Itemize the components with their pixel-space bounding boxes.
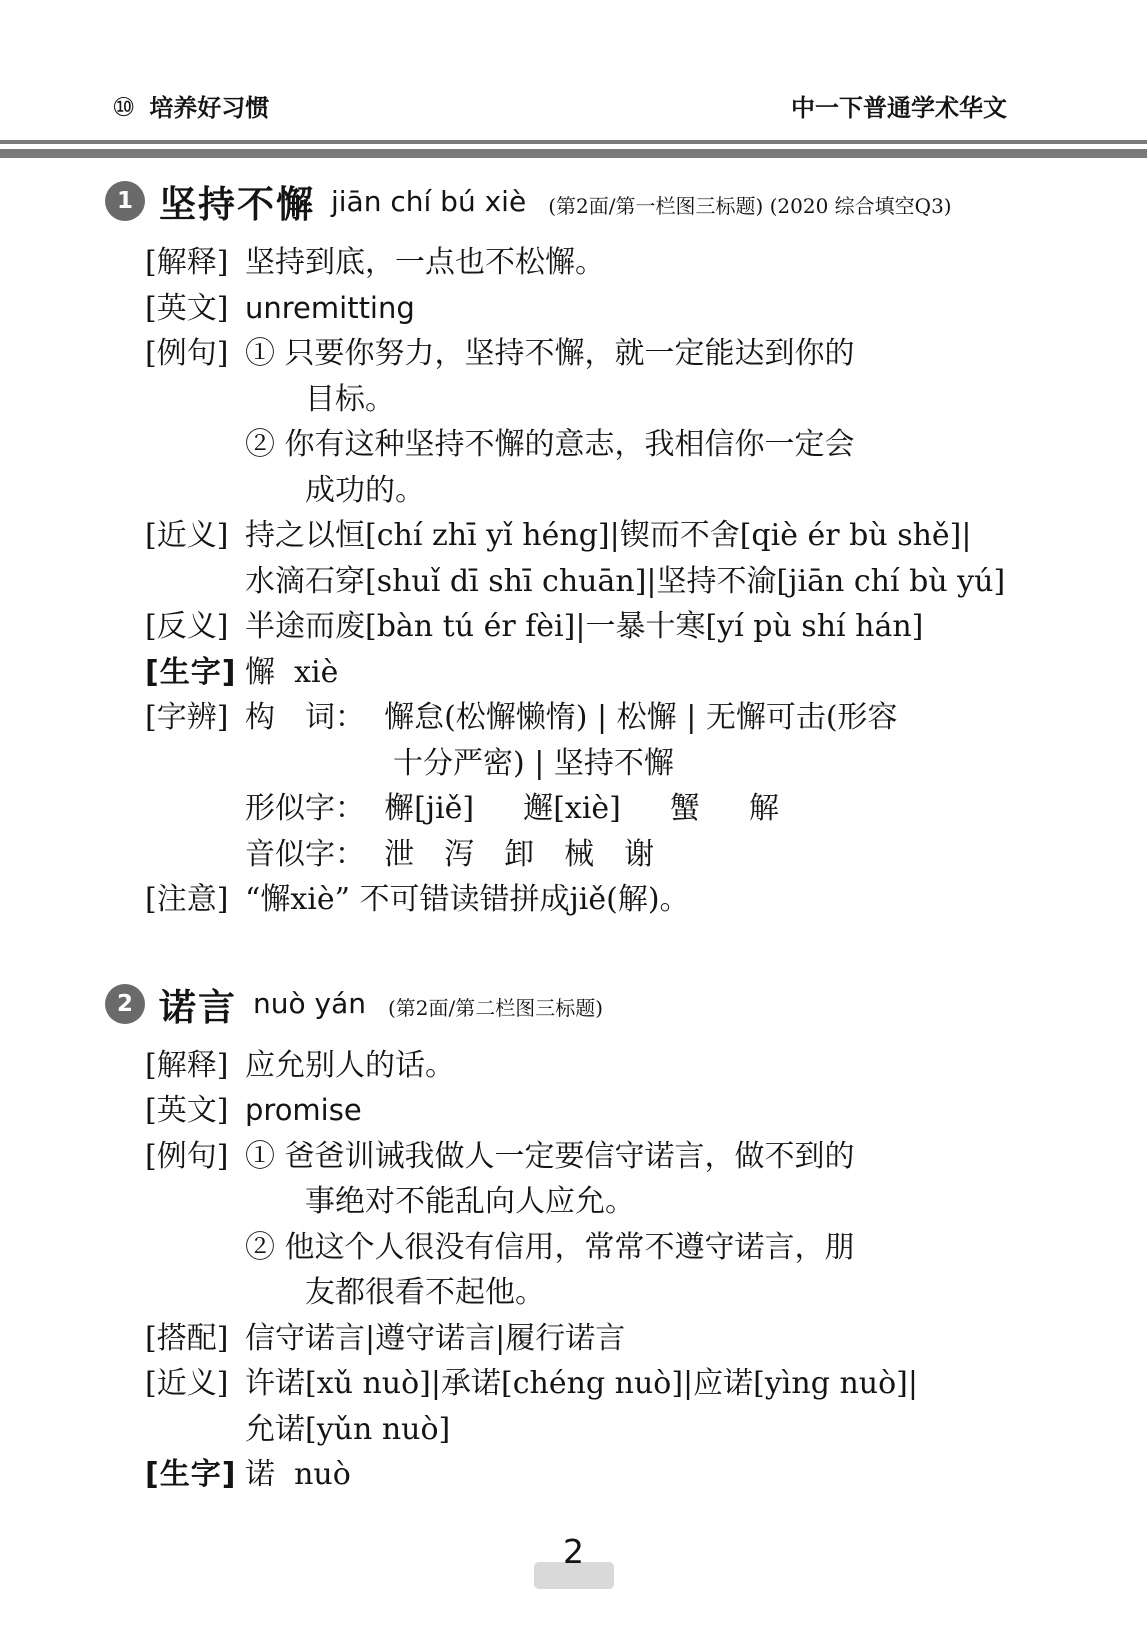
entry-body: [解释]坚持到底，一点也不松懈。[英文]unremitting[例句]① 只要你… (105, 240, 1057, 923)
field-label: [例句] (145, 1134, 228, 1180)
field-label: [注意] (145, 877, 228, 923)
field-label: [近义] (145, 513, 228, 559)
field-text: ② 他这个人很没有信用，常常不遵守诺言，朋 (245, 1230, 855, 1265)
header-rule-thick (0, 149, 1147, 158)
field-text: ① 只要你努力，坚持不懈，就一定能达到你的 (245, 336, 855, 371)
entry-line: [例句]① 爸爸训诫我做人一定要信守诺言，做不到的 (105, 1134, 1057, 1180)
field-label: [搭配] (145, 1316, 228, 1362)
field-text: “懈xiè” 不可错读错拼成jiě(解)。 (245, 882, 690, 917)
entry-source-note: (第2面/第一栏图三标题) (2020 综合填空Q3) (548, 184, 951, 219)
field-text: 诺 nuò (245, 1457, 351, 1492)
entry-line: ② 你有这种坚持不懈的意志，我相信你一定会 (105, 422, 1057, 468)
page-content: 1 坚持不懈 jiān chí bú xiè (第2面/第一栏图三标题) (20… (0, 174, 1147, 1498)
field-label: [近义] (145, 1361, 228, 1407)
entry-term: 坚持不懈 (159, 174, 315, 228)
chapter-number: ⑩ (112, 93, 135, 123)
entry-line: [生字]诺 nuò (105, 1452, 1057, 1498)
field-text: unremitting (245, 291, 415, 325)
entry-line: [英文]unremitting (105, 286, 1057, 332)
field-label: [解释] (145, 240, 228, 286)
entry-line: [搭配]信守诺言|遵守诺言|履行诺言 (105, 1316, 1057, 1362)
entry-term: 诺言 (159, 977, 237, 1031)
page-footer: 2 (0, 1532, 1147, 1602)
field-text: 信守诺言|遵守诺言|履行诺言 (245, 1321, 625, 1356)
field-text: ① 爸爸训诫我做人一定要信守诺言，做不到的 (245, 1139, 855, 1174)
entry-title-row: 1 坚持不懈 jiān chí bú xiè (第2面/第一栏图三标题) (20… (105, 174, 1057, 228)
entry-line: 成功的。 (105, 468, 1057, 514)
entry-line: 友都很看不起他。 (105, 1270, 1057, 1316)
entry-line: 事绝对不能乱向人应允。 (105, 1179, 1057, 1225)
entry-number-badge: 2 (105, 984, 145, 1024)
field-text: 构 词： 懈怠(松懈懒惰) | 松懈 | 无懈可击(形容 (245, 700, 898, 735)
entry-number-badge: 1 (105, 181, 145, 221)
field-text: 水滴石穿[shuǐ dī shī chuān]|坚持不渝[jiān chí bù… (245, 564, 1005, 599)
field-label: [解释] (145, 1043, 228, 1089)
field-text: 目标。 (305, 382, 395, 417)
textbook-page: ⑩培养好习惯 中一下普通学术华文 1 坚持不懈 jiān chí bú xiè … (0, 0, 1147, 1651)
entry-line: 水滴石穿[shuǐ dī shī chuān]|坚持不渝[jiān chí bù… (105, 559, 1057, 605)
entry-pinyin: nuò yán (253, 987, 366, 1020)
entry-jianchibuxie: 1 坚持不懈 jiān chí bú xiè (第2面/第一栏图三标题) (20… (105, 174, 1057, 923)
field-text: 事绝对不能乱向人应允。 (305, 1184, 635, 1219)
entry-line: [字辨]构 词： 懈怠(松懈懒惰) | 松懈 | 无懈可击(形容 (105, 695, 1057, 741)
entry-line: 音似字： 泄 泻 卸 械 谢 (105, 832, 1057, 878)
entry-line: [例句]① 只要你努力，坚持不懈，就一定能达到你的 (105, 331, 1057, 377)
field-text: 懈 xiè (245, 655, 338, 690)
entry-line: 十分严密) | 坚持不懈 (105, 741, 1057, 787)
header-rule-thin (0, 140, 1147, 144)
field-text: 坚持到底，一点也不松懈。 (245, 245, 605, 280)
header-course-title: 中一下普通学术华文 (791, 88, 1007, 123)
entry-line: [反义]半途而废[bàn tú ér fèi]|一暴十寒[yí pù shí h… (105, 604, 1057, 650)
entry-line: ② 他这个人很没有信用，常常不遵守诺言，朋 (105, 1225, 1057, 1271)
field-label: [生字] (145, 1452, 236, 1498)
header-chapter: ⑩培养好习惯 (112, 88, 269, 123)
field-label: [英文] (145, 1088, 228, 1134)
entry-pinyin: jiān chí bú xiè (331, 185, 526, 218)
field-label: [例句] (145, 331, 228, 377)
entry-line: [解释]应允别人的话。 (105, 1043, 1057, 1089)
page-header: ⑩培养好习惯 中一下普通学术华文 (0, 0, 1147, 123)
entry-line: [注意]“懈xiè” 不可错读错拼成jiě(解)。 (105, 877, 1057, 923)
entry-source-note: (第2面/第二栏图三标题) (388, 986, 603, 1021)
field-text: 持之以恒[chí zhī yǐ héng]|锲而不舍[qiè ér bù shě… (245, 518, 971, 553)
field-text: ② 你有这种坚持不懈的意志，我相信你一定会 (245, 427, 855, 462)
field-text: 十分严密) | 坚持不懈 (393, 746, 674, 781)
chapter-title: 培养好习惯 (149, 94, 269, 122)
field-text: 成功的。 (305, 473, 425, 508)
field-label: [反义] (145, 604, 228, 650)
field-label: [生字] (145, 650, 236, 696)
field-text: 形似字： 檞[jiě] 邂[xiè] 蟹 解 (245, 791, 779, 826)
field-text: 半途而废[bàn tú ér fèi]|一暴十寒[yí pù shí hán] (245, 609, 923, 644)
entry-title-row: 2 诺言 nuò yán (第2面/第二栏图三标题) (105, 977, 1057, 1031)
entry-nuoyan: 2 诺言 nuò yán (第2面/第二栏图三标题) [解释]应允别人的话。[英… (105, 977, 1057, 1498)
field-text: 允诺[yǔn nuò] (245, 1412, 450, 1447)
field-text: promise (245, 1093, 362, 1127)
field-text: 友都很看不起他。 (305, 1275, 545, 1310)
entry-line: 形似字： 檞[jiě] 邂[xiè] 蟹 解 (105, 786, 1057, 832)
entry-line: [英文]promise (105, 1088, 1057, 1134)
entry-line: 允诺[yǔn nuò] (105, 1407, 1057, 1453)
page-number: 2 (0, 1532, 1147, 1571)
field-text: 许诺[xǔ nuò]|承诺[chéng nuò]|应诺[yìng nuò]| (245, 1366, 918, 1401)
entry-line: [解释]坚持到底，一点也不松懈。 (105, 240, 1057, 286)
field-text: 应允别人的话。 (245, 1048, 455, 1083)
entry-body: [解释]应允别人的话。[英文]promise[例句]① 爸爸训诫我做人一定要信守… (105, 1043, 1057, 1498)
entry-line: 目标。 (105, 377, 1057, 423)
entry-line: [近义]持之以恒[chí zhī yǐ héng]|锲而不舍[qiè ér bù… (105, 513, 1057, 559)
entry-line: [生字]懈 xiè (105, 650, 1057, 696)
entry-line: [近义]许诺[xǔ nuò]|承诺[chéng nuò]|应诺[yìng nuò… (105, 1361, 1057, 1407)
field-text: 音似字： 泄 泻 卸 械 谢 (245, 837, 654, 872)
field-label: [字辨] (145, 695, 228, 741)
field-label: [英文] (145, 286, 228, 332)
